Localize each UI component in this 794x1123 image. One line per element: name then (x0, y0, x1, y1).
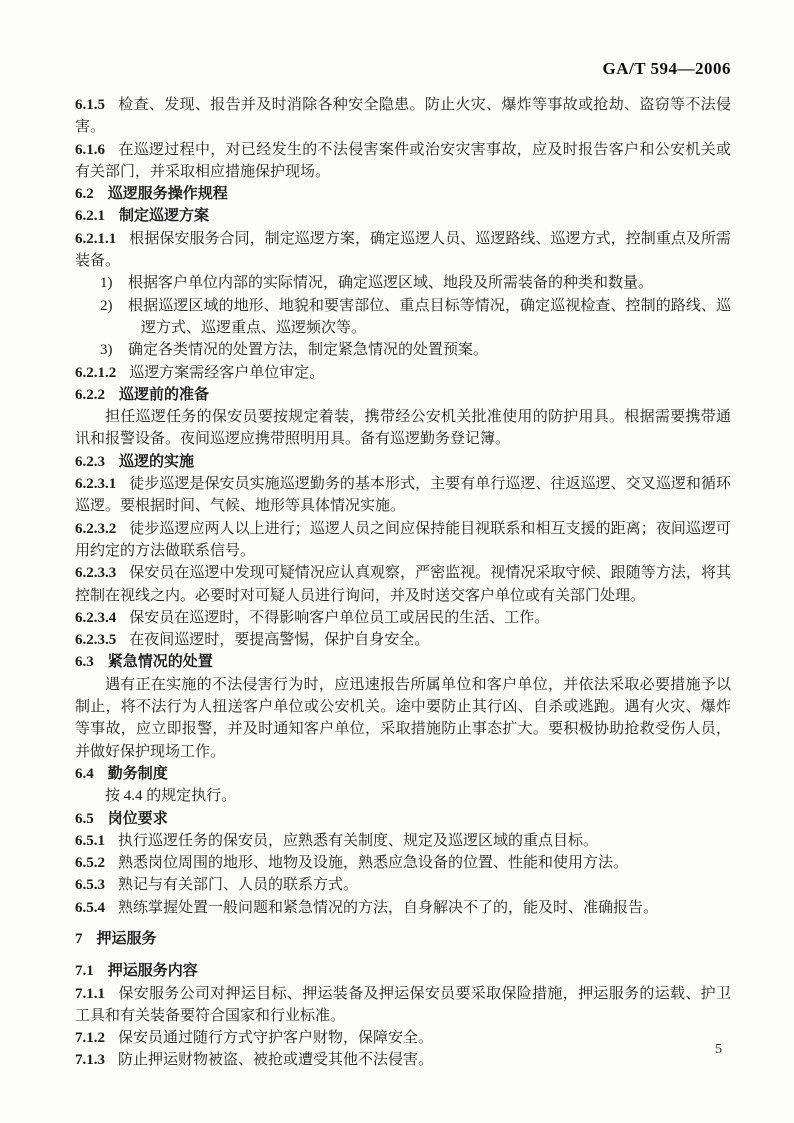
clause-number: 6.2.2 (75, 387, 105, 403)
clause: 6.5.2熟悉岗位周围的地形、地物及设施，熟悉应急设备的位置、性能和使用方法。 (75, 852, 731, 874)
clause-number: 6.3 (75, 654, 94, 670)
clause-number: 6.2.3.1 (75, 476, 116, 492)
section-heading: 6.3紧急情况的处置 (75, 651, 731, 673)
clause-text: 保安员在巡逻时，不得影响客户单位员工或居民的生活、工作。 (129, 610, 549, 626)
clause: 6.1.6在巡逻过程中，对已经发生的不法侵害案件或治安灾害事故，应及时报告客户和… (75, 139, 731, 184)
clause: 6.2.3.4保安员在巡逻时，不得影响客户单位员工或居民的生活、工作。 (75, 607, 731, 629)
list-item: 3)确定各类情况的处置方法，制定紧急情况的处置预案。 (75, 339, 731, 361)
clause-text: 巡逻方案需经客户单位审定。 (129, 365, 324, 381)
clause-text: 确定各类情况的处置方法，制定紧急情况的处置预案。 (128, 342, 488, 358)
list-item: 2)根据巡逻区域的地形、地貌和要害部位、重点目标等情况，确定巡视检查、控制的路线… (75, 295, 731, 340)
clause-text: 徒步巡逻应两人以上进行；巡逻人员之间应保持能目视联系和相互支援的距离；夜间巡逻可… (75, 521, 731, 559)
clause-text: 根据巡逻区域的地形、地貌和要害部位、重点目标等情况，确定巡视检查、控制的路线、巡… (128, 298, 731, 336)
clause-text: 岗位要求 (108, 811, 168, 827)
clause-number: 2) (100, 295, 128, 317)
paragraph: 担任巡逻任务的保安员要按规定着装，携带经公安机关批准使用的防护用具。根据需要携带… (75, 406, 731, 451)
page-number: 5 (715, 1042, 722, 1058)
clause-text: 执行巡逻任务的保安员，应熟悉有关制度、规定及巡逻区域的重点目标。 (118, 833, 598, 849)
clause-text: 按 4.4 的规定执行。 (105, 788, 236, 804)
clause: 6.1.5检查、发现、报告并及时消除各种安全隐患。防止火灾、爆炸等事故或抢劫、盗… (75, 94, 731, 139)
clause-text: 防止押运财物被盗、被抢或遭受其他不法侵害。 (118, 1052, 433, 1068)
clause-text: 勤务制度 (108, 766, 168, 782)
clause-number: 6.2.1 (75, 208, 105, 224)
clause-number: 6.2.3.2 (75, 521, 116, 537)
section-heading: 6.2.2巡逻前的准备 (75, 384, 731, 406)
document-body: 6.1.5检查、发现、报告并及时消除各种安全隐患。防止火灾、爆炸等事故或抢劫、盗… (75, 94, 731, 1072)
section-heading: 6.4勤务制度 (75, 763, 731, 785)
clause-number: 6.2.3.4 (75, 610, 116, 626)
clause-number: 6.2.3 (75, 454, 105, 470)
clause-number: 6.5.1 (75, 833, 105, 849)
clause: 7.1.3防止押运财物被盗、被抢或遭受其他不法侵害。 (75, 1049, 731, 1071)
list-item: 1)根据客户单位内部的实际情况，确定巡逻区域、地段及所需装备的种类和数量。 (75, 272, 731, 294)
clause-text: 根据客户单位内部的实际情况，确定巡逻区域、地段及所需装备的种类和数量。 (128, 275, 653, 291)
clause: 6.2.3.5在夜间巡逻时，要提高警惕，保护自身安全。 (75, 629, 731, 651)
clause-text: 制定巡逻方案 (119, 208, 209, 224)
clause-text: 巡逻前的准备 (119, 387, 209, 403)
clause-number: 6.5.2 (75, 855, 105, 871)
clause-text: 徒步巡逻是保安员实施巡逻勤务的基本形式，主要有单行巡逻、往返巡逻、交叉巡逻和循环… (75, 476, 731, 514)
clause-text: 在夜间巡逻时，要提高警惕，保护自身安全。 (129, 632, 429, 648)
clause: 6.5.4熟练掌握处置一般问题和紧急情况的方法，自身解决不了的，能及时、准确报告… (75, 897, 731, 919)
clause: 6.2.3.2徒步巡逻应两人以上进行；巡逻人员之间应保持能目视联系和相互支援的距… (75, 518, 731, 563)
clause-number: 7.1.3 (75, 1052, 105, 1068)
clause-number: 7.1.2 (75, 1030, 105, 1046)
section-heading: 7.1押运服务内容 (75, 960, 731, 982)
clause-number: 1) (100, 272, 128, 294)
clause: 6.2.3.3保安员在巡逻中发现可疑情况应认真观察，严密监视。视情况采取守候、跟… (75, 562, 731, 607)
clause-text: 检查、发现、报告并及时消除各种安全隐患。防止火灾、爆炸等事故或抢劫、盗窃等不法侵… (75, 97, 731, 135)
clause: 7.1.1保安服务公司对押运目标、押运装备及押运保安员要采取保险措施，押运服务的… (75, 983, 731, 1028)
section-heading: 6.5岗位要求 (75, 808, 731, 830)
clause-text: 保安服务公司对押运目标、押运装备及押运保安员要采取保险措施，押运服务的运载、护卫… (75, 986, 731, 1024)
section-heading: 6.2.1制定巡逻方案 (75, 205, 731, 227)
clause-text: 押运服务 (97, 931, 157, 947)
clause: 6.2.3.1徒步巡逻是保安员实施巡逻勤务的基本形式，主要有单行巡逻、往返巡逻、… (75, 473, 731, 518)
clause-number: 6.5.4 (75, 900, 105, 916)
standard-number-header: GA/T 594—2006 (602, 59, 731, 79)
clause-text: 押运服务内容 (108, 963, 198, 979)
clause-number: 6.4 (75, 766, 94, 782)
clause-number: 6.2 (75, 186, 94, 202)
clause-number: 7 (75, 931, 83, 947)
clause-number: 7.1.1 (75, 986, 105, 1002)
clause-text: 巡逻的实施 (119, 454, 194, 470)
paragraph: 按 4.4 的规定执行。 (75, 785, 731, 807)
paragraph: 遇有正在实施的不法侵害行为时，应迅速报告所属单位和客户单位，并依法采取必要措施予… (75, 674, 731, 763)
clause-number: 3) (100, 339, 128, 361)
clause-text: 保安员在巡逻中发现可疑情况应认真观察，严密监视。视情况采取守候、跟随等方法，将其… (75, 565, 731, 603)
clause-number: 6.5 (75, 811, 94, 827)
section-heading: 6.2巡逻服务操作规程 (75, 183, 731, 205)
clause: 6.5.3熟记与有关部门、人员的联系方式。 (75, 874, 731, 896)
clause-number: 6.2.3.3 (75, 565, 116, 581)
clause-text: 根据保安服务合同，制定巡逻方案，确定巡逻人员、巡逻路线、巡逻方式，控制重点及所需… (75, 231, 731, 269)
section-heading: 6.2.3巡逻的实施 (75, 451, 731, 473)
clause-text: 在巡逻过程中，对已经发生的不法侵害案件或治安灾害事故，应及时报告客户和公安机关或… (75, 142, 731, 180)
document-page: GA/T 594—2006 6.1.5检查、发现、报告并及时消除各种安全隐患。防… (0, 0, 794, 1123)
clause-number: 6.2.1.2 (75, 365, 116, 381)
clause-text: 熟记与有关部门、人员的联系方式。 (118, 877, 358, 893)
clause-text: 保安员通过随行方式守护客户财物，保障安全。 (118, 1030, 433, 1046)
clause-text: 熟悉岗位周围的地形、地物及设施，熟悉应急设备的位置、性能和使用方法。 (118, 855, 628, 871)
clause-text: 遇有正在实施的不法侵害行为时，应迅速报告所属单位和客户单位，并依法采取必要措施予… (75, 677, 731, 760)
clause: 6.2.1.1根据保安服务合同，制定巡逻方案，确定巡逻人员、巡逻路线、巡逻方式，… (75, 228, 731, 273)
clause-text: 紧急情况的处置 (108, 654, 213, 670)
clause-number: 6.5.3 (75, 877, 105, 893)
clause-number: 6.1.5 (75, 97, 105, 113)
clause: 6.5.1执行巡逻任务的保安员，应熟悉有关制度、规定及巡逻区域的重点目标。 (75, 830, 731, 852)
clause-number: 6.2.3.5 (75, 632, 116, 648)
clause: 6.2.1.2巡逻方案需经客户单位审定。 (75, 362, 731, 384)
clause: 7.1.2保安员通过随行方式守护客户财物，保障安全。 (75, 1027, 731, 1049)
clause-text: 巡逻服务操作规程 (108, 186, 228, 202)
clause-number: 6.2.1.1 (75, 231, 116, 247)
clause-text: 熟练掌握处置一般问题和紧急情况的方法，自身解决不了的，能及时、准确报告。 (118, 900, 658, 916)
clause-text: 担任巡逻任务的保安员要按规定着装，携带经公安机关批准使用的防护用具。根据需要携带… (75, 409, 731, 447)
clause-number: 7.1 (75, 963, 94, 979)
chapter-heading: 7押运服务 (75, 928, 731, 950)
clause-number: 6.1.6 (75, 142, 105, 158)
